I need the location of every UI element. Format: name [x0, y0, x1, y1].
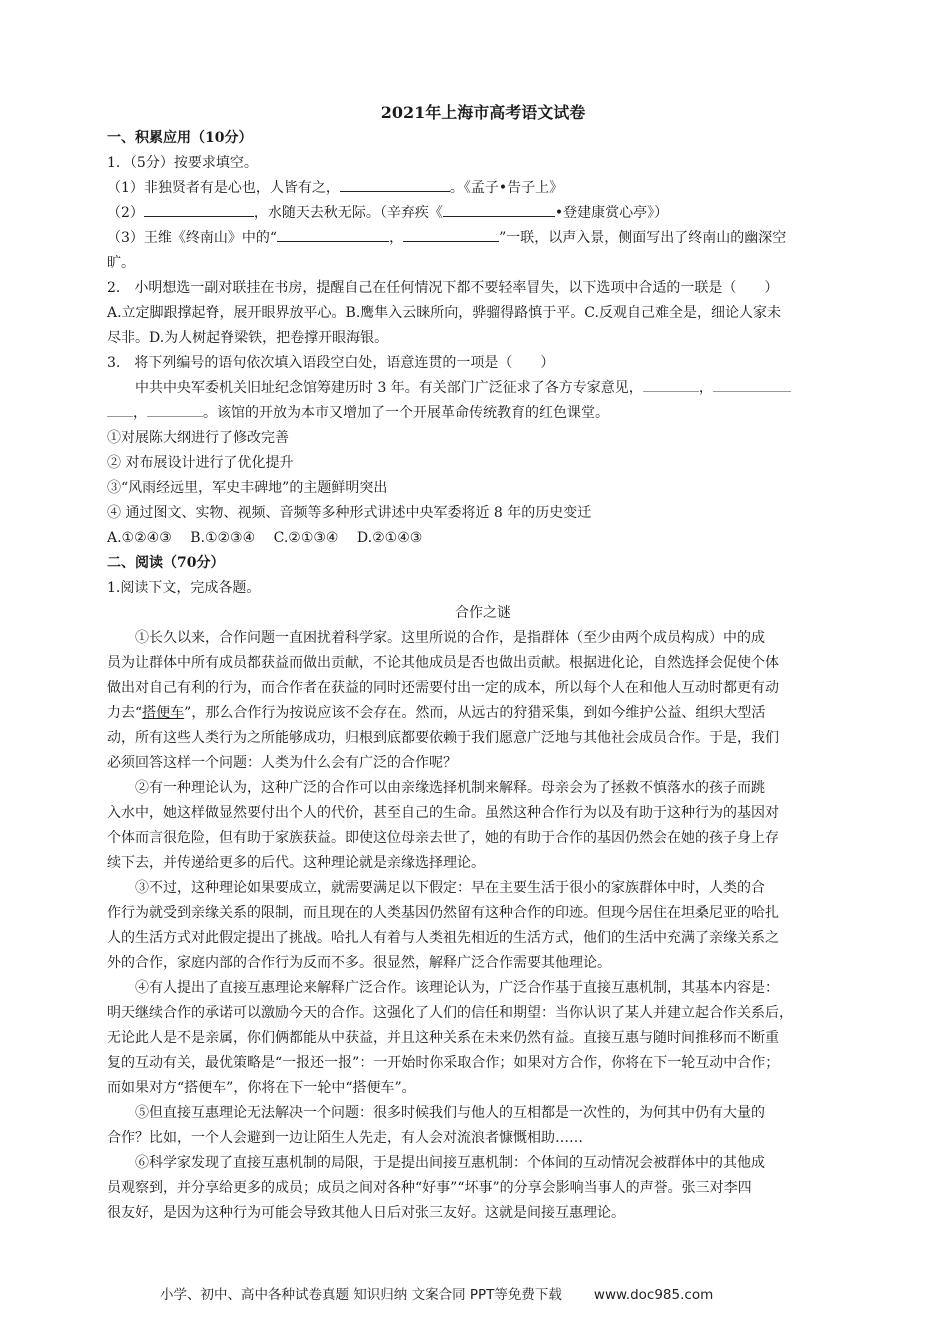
paragraph-5-line: ⑤但直接互惠理论无法解决一个问题：很多时候我们与他人的互相都是一次性的，为何其中…	[107, 1101, 859, 1126]
paragraph-2-line: 续下去，并传递给更多的后代。这种理论就是亲缘选择理论。	[107, 851, 859, 876]
question-3-item-1: ①对展陈大纲进行了修改完善	[107, 426, 859, 451]
passage-separator: ，	[133, 405, 147, 421]
sub2-label: （2）	[107, 205, 144, 221]
paragraph-3-line: 外的合作，家庭内部的合作行为反而不多。很显然，解释广泛合作需要其他理论。	[107, 951, 859, 976]
answer-blank[interactable]	[144, 202, 254, 217]
paragraph-4-line: 而如果对方“搭便车”，你将在下一轮中“搭便车”。	[107, 1076, 859, 1101]
section-heading-2: 二、阅读（70分）	[107, 551, 859, 576]
sub1-source: 。《孟子•告子上》	[450, 180, 563, 196]
question-1-sub-1: （1）非独贤者有是心也，人皆有之，。《孟子•告子上》	[107, 176, 859, 201]
question-1-sub-3: （3）王维《终南山》中的“，”一联，以声入景，侧面写出了终南山的幽深空	[107, 226, 859, 251]
paragraph-5-line: 合作？比如，一个人会避到一边让陌生人先走，有人会对流浪者慷慨相助……	[107, 1126, 859, 1151]
paragraph-2-line: 个体而言很危险，但有助于家族获益。即使这位母亲去世了，她的有助于合作的基因仍然会…	[107, 826, 859, 851]
text: ”，那么合作行为按说应该不会存在。然而，从远古的狩猎采集，到如今维护公益、组织大…	[184, 705, 765, 721]
question-2-options-2: 尽非。D.为人树起脊梁铁，把卷撑开眼海银。	[107, 326, 859, 351]
paragraph-4-line: ④有人提出了直接互惠理论来解释广泛合作。该理论认为，广泛合作基于直接互惠机制，其…	[107, 976, 859, 1001]
question-2-prompt: 2. 小明想选一副对联挂在书房，提醒自己在任何情况下都不要轻率冒失，以下选项中合…	[107, 276, 859, 301]
paragraph-1-line: 做出对自己有利的行为，而合作者在获益的同时还需要付出一定的成本，所以每个人在和他…	[107, 676, 859, 701]
question-3-passage-2: ，。该馆的开放为本市又增加了一个开展革命传统教育的红色课堂。	[107, 401, 859, 426]
question-3-passage-1: 中共中央军委机关旧址纪念馆筹建历时 3 年。有关部门广泛征求了各方专家意见，，	[107, 376, 859, 401]
paragraph-4-line: 无论此人是不是亲属，你们俩都能从中获益，并且这种关系在未来仍然有益。直接互惠与随…	[107, 1026, 859, 1051]
exam-page: 2021年上海市高考语文试卷 一、积累应用（10分） 1．（5分）按要求填空。 …	[107, 100, 859, 1226]
section-heading-1: 一、积累应用（10分）	[107, 126, 859, 151]
question-2-options-1: A.立定脚跟撑起脊，展开眼界放平心。B.鹰隼入云睐所向，骅骝得路慎于平。C.反观…	[107, 301, 859, 326]
answer-blank[interactable]	[643, 377, 699, 392]
answer-blank[interactable]	[147, 402, 203, 417]
question-3-item-3: ③“风雨经远里，军史丰碑地”的主题鲜明突出	[107, 476, 859, 501]
page-footer: 小学、初中、高中各种试卷真题 知识归纳 文案合同 PPT等免费下载www.doc…	[160, 1283, 713, 1303]
answer-blank[interactable]	[403, 227, 499, 242]
passage-separator: ，	[699, 380, 713, 396]
question-1-sub-3-cont: 旷。	[107, 251, 859, 276]
footer-text: 小学、初中、高中各种试卷真题 知识归纳 文案合同 PPT等免费下载	[160, 1287, 562, 1303]
question-1-prompt: 1．（5分）按要求填空。	[107, 151, 859, 176]
answer-blank[interactable]	[443, 202, 555, 217]
paragraph-3-line: 作行为就受到亲缘关系的限制，而且现在的人类基因仍然留有这种合作的印迹。但现今居住…	[107, 901, 859, 926]
footer-link[interactable]: www.doc985.com	[594, 1287, 713, 1303]
paragraph-3-line: ③不过，这种理论如果要成立，就需要满足以下假定：早在主要生活于很小的家族群体中时…	[107, 876, 859, 901]
paragraph-2-line: 入水中，她这样做显然要付出个人的代价，甚至自己的生命。虽然这种合作行为以及有助于…	[107, 801, 859, 826]
answer-blank[interactable]	[713, 377, 791, 392]
paragraph-4-line: 复的互动有关，最优策略是“一报还一报”：一开始时你采取合作；如果对方合作，你将在…	[107, 1051, 859, 1076]
page-title: 2021年上海市高考语文试卷	[107, 100, 859, 126]
paragraph-1-line: 动，所有这些人类行为之所能够成功，归根到底都要依赖于我们愿意广泛地与其他社会成员…	[107, 726, 859, 751]
paragraph-1-line: 员为让群体中所有成员都获益而做出贡献，不论其他成员是否也做出贡献。根据进化论，自…	[107, 651, 859, 676]
paragraph-1-line: 必须回答这样一个问题：人类为什么会有广泛的合作呢？	[107, 751, 859, 776]
answer-blank-cont[interactable]	[107, 402, 133, 417]
question-3-item-2: ② 对布展设计进行了优化提升	[107, 451, 859, 476]
paragraph-6-line: 员观察到，并分享给更多的成员；成员之间对各种“好事”“坏事”的分享会影响当事人的…	[107, 1176, 859, 1201]
text: 力去“	[107, 705, 142, 721]
sub2-text: ，水随天去秋无际。（辛弃疾《	[254, 205, 443, 221]
paragraph-3-line: 人的生活方式对此假定提出了挑战。哈扎人有着与人类祖先相近的生活方式，他们的生活中…	[107, 926, 859, 951]
answer-blank[interactable]	[340, 177, 450, 192]
paragraph-1-line: 力去“搭便车”，那么合作行为按说应该不会存在。然而，从远古的狩猎采集，到如今维护…	[107, 701, 859, 726]
passage-text: 中共中央军委机关旧址纪念馆筹建历时 3 年。有关部门广泛征求了各方专家意见，	[135, 380, 643, 396]
sub1-text: （1）非独贤者有是心也，人皆有之，	[107, 180, 340, 196]
underlined-term: 搭便车	[142, 705, 184, 721]
paragraph-6-line: 很友好，是因为这种行为可能会导致其他人日后对张三友好。这就是间接互惠理论。	[107, 1201, 859, 1226]
question-3-options: A.①②④③ B.①②③④ C.②①③④ D.②①④③	[107, 526, 859, 551]
sub2-source: •登建康赏心亭》）	[555, 205, 668, 221]
question-1-sub-2: （2），水随天去秋无际。（辛弃疾《•登建康赏心亭》）	[107, 201, 859, 226]
answer-blank[interactable]	[277, 227, 389, 242]
paragraph-4-line: 明天继续合作的承诺可以激励今天的合作。这强化了人们的信任和期望：当你认识了某人并…	[107, 1001, 859, 1026]
passage-text: 。该馆的开放为本市又增加了一个开展革命传统教育的红色课堂。	[203, 405, 609, 421]
sub3-separator: ，	[389, 230, 403, 246]
reading-prompt: 1.阅读下文，完成各题。	[107, 576, 859, 601]
paragraph-6-line: ⑥科学家发现了直接互惠机制的局限，于是提出间接互惠机制：个体间的互动情况会被群体…	[107, 1151, 859, 1176]
question-3-item-4: ④ 通过图文、实物、视频、音频等多种形式讲述中央军委将近 8 年的历史变迁	[107, 501, 859, 526]
question-3-prompt: 3. 将下列编号的语句依次填入语段空白处，语意连贯的一项是（ ）	[107, 351, 859, 376]
sub3-description: ”一联，以声入景，侧面写出了终南山的幽深空	[499, 230, 786, 246]
paragraph-1-line: ①长久以来，合作问题一直困扰着科学家。这里所说的合作，是指群体（至少由两个成员构…	[107, 626, 859, 651]
article-title: 合作之谜	[107, 601, 859, 626]
sub3-text: （3）王维《终南山》中的“	[107, 230, 277, 246]
paragraph-2-line: ②有一种理论认为，这种广泛的合作可以由亲缘选择机制来解释。母亲会为了拯救不慎落水…	[107, 776, 859, 801]
